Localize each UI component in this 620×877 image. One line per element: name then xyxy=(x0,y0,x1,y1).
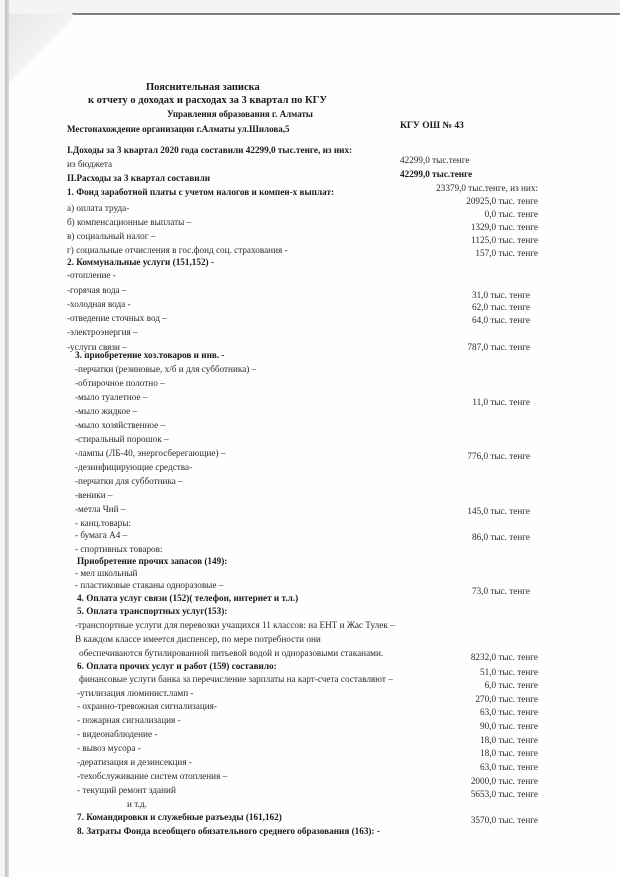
line-item: -дезинфицирующие средства- xyxy=(75,462,192,473)
line-item: - спортивных товаров: xyxy=(75,544,163,555)
org-location: Местонахождение организации г.Алматы ул.… xyxy=(67,124,289,135)
line-item: обеспечиваются бутилированной питьевой в… xyxy=(79,648,383,659)
line-item: -холодная вода - xyxy=(67,299,131,310)
line-item: -перчатки для субботника – xyxy=(75,476,183,487)
document-title: Пояснительная записка xyxy=(146,82,260,93)
amount-value: 51,0 тыс. тенге xyxy=(480,667,538,678)
line-item: -транспортные услуги для перевозки учащи… xyxy=(75,620,395,631)
amount-value: 776,0 тыс. тенге xyxy=(467,451,530,462)
page-top-edge xyxy=(72,13,620,15)
amount-value: 157,0 тыс. тенге xyxy=(475,248,538,259)
line-item: - мел школьный xyxy=(75,568,137,579)
line-item: -техобслуживание систем отопления – xyxy=(77,771,227,782)
income-budget-label: из бюджета xyxy=(67,159,112,170)
amount-value: 3570,0 тыс. тенге xyxy=(471,815,538,826)
line-item: - пластиковые стаканы одноразовые – xyxy=(75,580,223,591)
expenses-label: II.Расходы за 3 квартал составили xyxy=(67,173,210,184)
amount-value: 18,0 тыс. тенге xyxy=(480,735,538,746)
line-item: -отопление - xyxy=(67,270,116,281)
amount-value: 1329,0 тыс. тенге xyxy=(471,222,538,233)
amount-value: 23379,0 тыс.тенге, из них: xyxy=(436,183,538,194)
income-label: I.Доходы за 3 квартал 2020 года составил… xyxy=(67,145,352,156)
page-fold-shadow xyxy=(9,14,73,94)
section-heading: 6. Оплата прочих услуг и работ (159) сос… xyxy=(77,661,277,672)
section-heading: 4. Оплата услуг связи (152)( телефон, ин… xyxy=(77,593,298,604)
amount-value: 63,0 тыс. тенге xyxy=(480,707,538,718)
amount-value: 6,0 тыс. тенге xyxy=(485,680,538,691)
section-heading: 7. Командировки и служебные разъезды (16… xyxy=(77,812,282,823)
amount-value: 8232,0 тыс. тенге xyxy=(471,652,538,663)
amount-value: 20925,0 тыс. тенге xyxy=(466,196,538,207)
section-heading: 5. Оплата транспортных услуг(153): xyxy=(77,606,227,617)
amount-value: 787,0 тыс. тенге xyxy=(467,342,530,353)
section-heading: 8. Затраты Фонда всеобщего обязательного… xyxy=(77,826,380,837)
amount-value: 63,0 тыс. тенге xyxy=(480,762,538,773)
amount-value: 145,0 тыс. тенге xyxy=(467,506,530,517)
line-item: -дератизация и дезинсекция - xyxy=(77,757,192,768)
line-item: -перчатки (резиновые, х/б и для субботни… xyxy=(75,364,256,375)
income-budget-value: 42299,0 тыс.тенге xyxy=(400,155,469,166)
line-item: -горячая вода – xyxy=(67,285,126,296)
amount-value: 90,0 тыс. тенге xyxy=(480,721,538,732)
amount-value: 270,0 тыс. тенге xyxy=(475,694,538,705)
line-item: - охранно-тревожная сигнализация- xyxy=(77,701,217,712)
line-item: финансовые услуги банка за перечисление … xyxy=(79,674,393,685)
line-item: -мыло хозяйственное – xyxy=(75,420,165,431)
line-item: а) оплата труда- xyxy=(67,203,129,214)
amount-value: 1125,0 тыс. тенге xyxy=(471,235,538,246)
line-item: -веники – xyxy=(75,490,113,501)
amount-value: 5653,0 тыс. тенге xyxy=(471,789,538,800)
line-item: -электроэнергия – xyxy=(67,327,138,338)
section-heading: Приобретение прочих запасов (149): xyxy=(77,556,227,567)
department: Управления образования г. Алматы xyxy=(167,109,313,120)
line-item: -метла Чий – xyxy=(75,504,125,515)
line-item: -обтирочное полотно – xyxy=(75,378,165,389)
line-item: б) компенсационные выплаты – xyxy=(67,217,191,228)
amount-value: 62,0 тыс. тенге xyxy=(472,302,530,313)
line-item: -мыло туалетное – xyxy=(75,392,147,403)
amount-value: 11,0 тыс. тенге xyxy=(472,397,530,408)
line-item: в) социальный налог – xyxy=(67,231,155,242)
amount-value: 2000,0 тыс. тенге xyxy=(471,776,538,787)
line-item: - вывоз мусора - xyxy=(77,743,141,754)
section-heading: 2. Коммунальные услуги (151,152) - xyxy=(67,257,214,268)
org-name: КГУ ОШ № 43 xyxy=(400,121,464,132)
line-item: -отведение сточных вод – xyxy=(67,313,167,324)
line-item: -стиральный порошок – xyxy=(75,434,169,445)
amount-value: 64,0 тыс. тенге xyxy=(472,315,530,326)
document-subtitle: к отчету о доходах и расходах за 3 кварт… xyxy=(88,95,327,106)
section-heading: 3. приобретение хоз.товаров и инв. - xyxy=(75,350,224,361)
line-item: -мыло жидкое – xyxy=(75,406,137,417)
line-item: и т.д. xyxy=(127,799,147,810)
section-heading: 1. Фонд заработной платы с учетом налого… xyxy=(67,187,334,198)
line-item: - канц.товары: xyxy=(75,518,131,529)
line-item: -утилизация люминист.ламп - xyxy=(77,688,194,699)
line-item: -лампы (ЛБ-40, энергосберегающие) – xyxy=(75,448,225,459)
amount-value: 31,0 тыс. тенге xyxy=(472,290,530,301)
amount-value: 73,0 тыс. тенге xyxy=(472,586,530,597)
line-item: - видеонаблюдение - xyxy=(77,729,157,740)
line-item: В каждом классе имеется диспенсер, по ме… xyxy=(75,634,321,645)
line-item: - текущий ремонт зданий xyxy=(77,785,176,796)
amount-value: 86,0 тыс. тенге xyxy=(472,532,530,543)
line-item: - бумага А4 – xyxy=(75,530,127,541)
amount-value: 18,0 тыс. тенге xyxy=(480,748,538,759)
line-item: г) социальные отчисления в гос.фонд соц.… xyxy=(67,245,288,256)
amount-value: 0,0 тыс. тенге xyxy=(485,209,538,220)
line-item: - пожарная сигнализация - xyxy=(77,715,181,726)
expenses-total: 42299,0 тыс.тенге xyxy=(400,169,472,180)
